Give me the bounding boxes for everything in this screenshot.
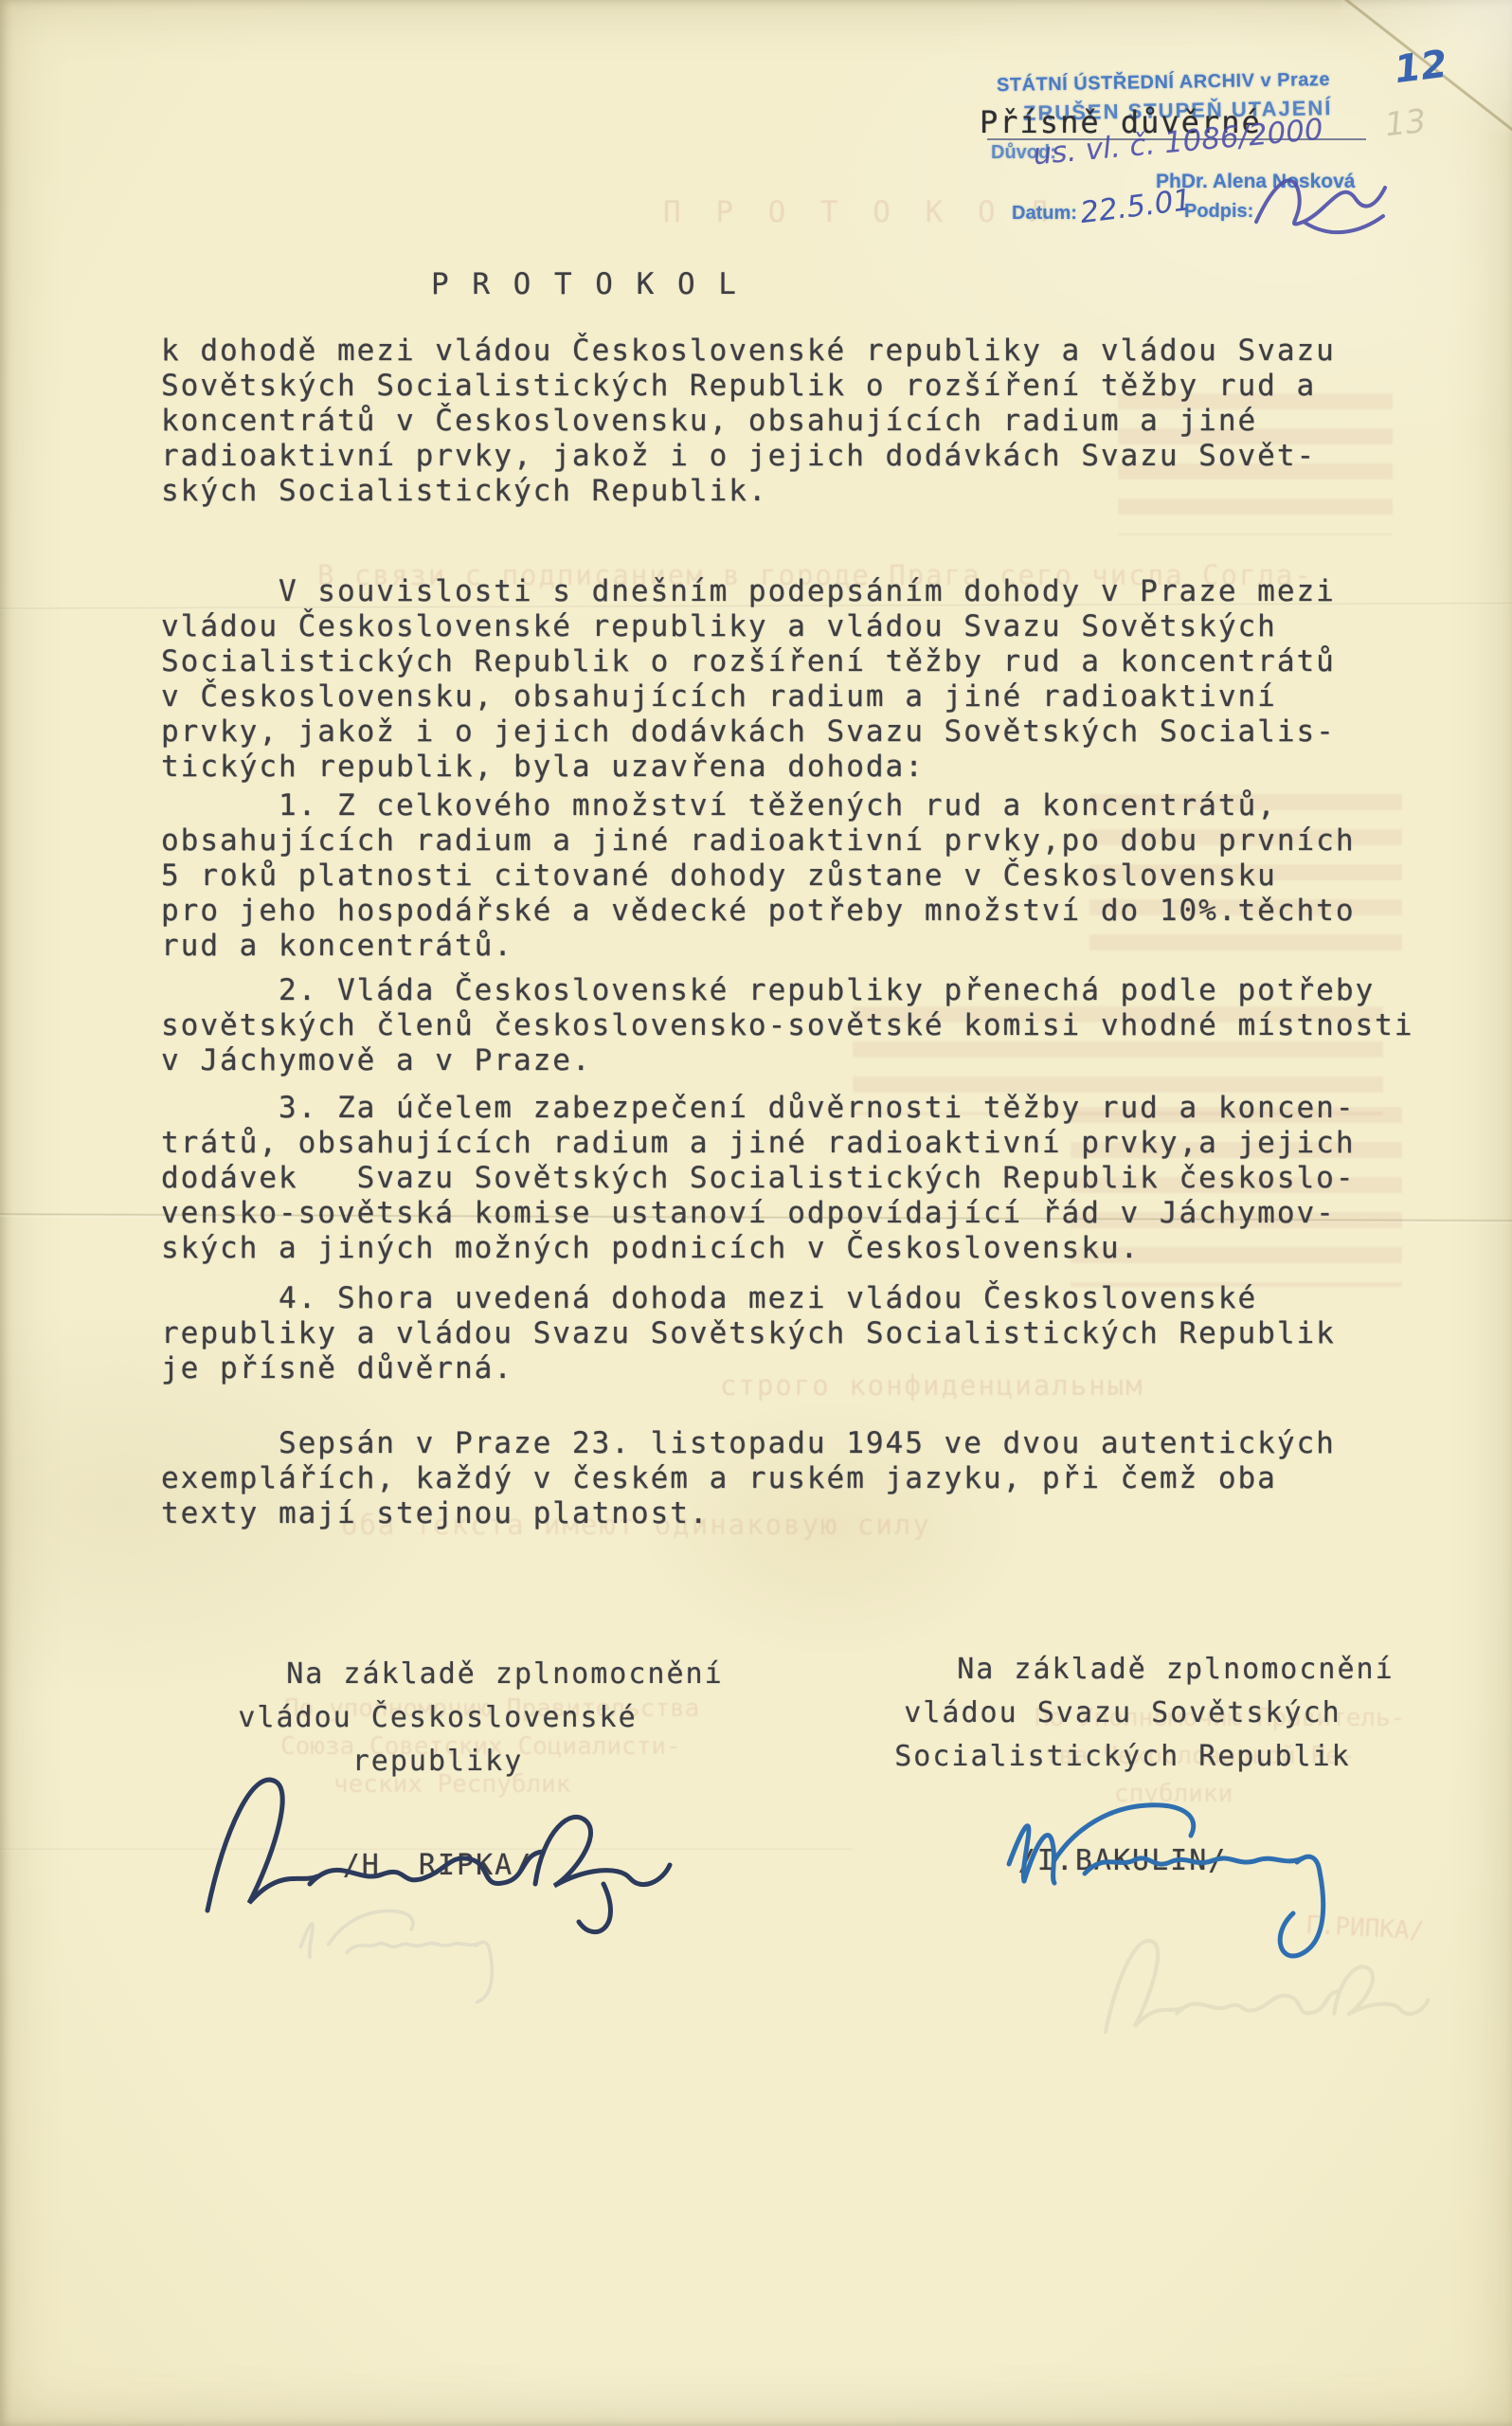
handwritten-page-number: 12 xyxy=(1392,43,1449,92)
archive-declassification-stamp: STÁTNÍ ÚSTŘEDNÍ ARCHIV v Praze ZRUŠEN ST… xyxy=(974,64,1391,254)
scanned-document-page: П Р О Т О К О Л В связи с подписанием в … xyxy=(0,0,1512,2426)
paragraph-context: V souvislosti s dnešním podepsáním dohod… xyxy=(161,574,1336,785)
document-title: P R O T O K O L xyxy=(431,267,739,301)
handwritten-date-value: 22.5.01 xyxy=(1078,183,1194,230)
stamp-archive-name: STÁTNÍ ÚSTŘEDNÍ ARCHIV v Praze xyxy=(997,69,1330,97)
paragraph-point-1: 1. Z celkového množství těžených rud a k… xyxy=(161,788,1355,964)
stamp-date-label: Datum: xyxy=(1012,203,1077,225)
paragraph-point-3: 3. Za účelem zabezpečení důvěrnosti těžb… xyxy=(161,1091,1355,1266)
paragraph-point-2: 2. Vláda Československé republiky přenec… xyxy=(161,973,1413,1078)
paragraph-point-4: 4. Shora uvedená dohoda mezi vládou Česk… xyxy=(161,1281,1336,1386)
ghost-signature-verso-left xyxy=(256,1876,559,2009)
paragraph-closing: Sepsán v Praze 23. listopadu 1945 ve dvo… xyxy=(161,1426,1336,1531)
paragraph-preamble: k dohodě mezi vládou Československé repu… xyxy=(161,334,1336,509)
stamp-signature-label: Podpis: xyxy=(1184,201,1253,223)
ghost-signature-verso-right xyxy=(1080,1914,1449,2056)
archivist-signature-squiggle xyxy=(1245,159,1396,254)
